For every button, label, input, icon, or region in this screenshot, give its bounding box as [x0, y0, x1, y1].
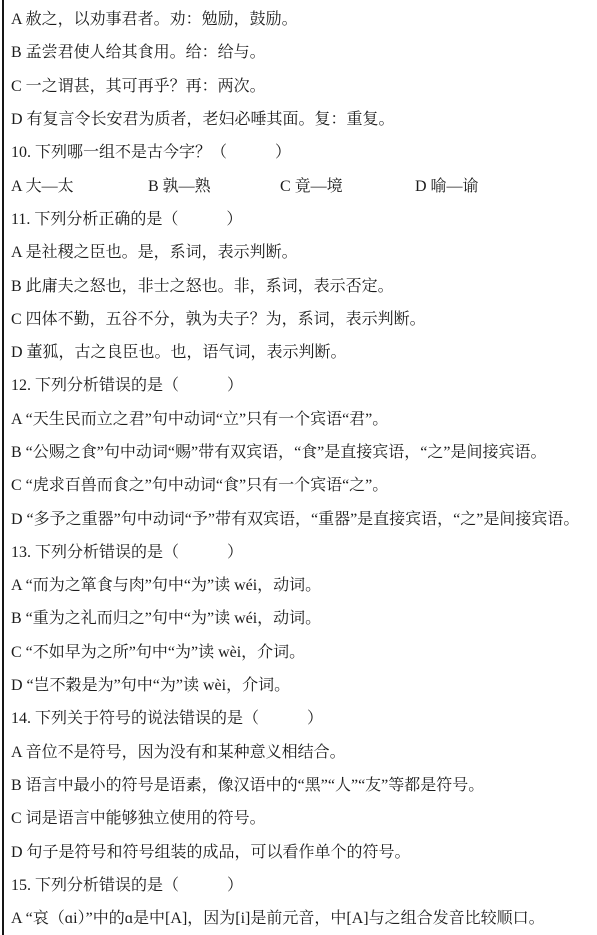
- question10-title: 10. 下列哪一组不是古今字？（ ）: [11, 134, 597, 167]
- question11-option-d: D 董狐，古之良臣也。也，语气词，表示判断。: [11, 334, 597, 367]
- question10-option-b: B 孰—熟: [148, 173, 280, 196]
- question12-option-c: C “虎求百兽而食之”句中动词“食”只有一个宾语“之”。: [11, 467, 597, 500]
- question13-option-d: D “岂不穀是为”句中“为”读 wèi，介词。: [11, 667, 597, 700]
- question13-option-c: C “不如早为之所”句中“为”读 wèi，介词。: [11, 634, 597, 667]
- question12-option-a: A “天生民而立之君”句中动词“立”只有一个宾语“君”。: [11, 401, 597, 434]
- question12-option-b: B “公赐之食”句中动词“赐”带有双宾语，“食”是直接宾语，“之”是间接宾语。: [11, 434, 597, 467]
- question9-option-b: B 孟尝君使人给其食用。给：给与。: [11, 34, 597, 67]
- question10-option-c: C 竟—境: [280, 173, 415, 196]
- question13-option-a: A “而为之箪食与肉”句中“为”读 wéi，动词。: [11, 567, 597, 600]
- exam-page: A 赦之，以劝事君者。劝：勉励，鼓励。 B 孟尝君使人给其食用。给：给与。 C …: [2, 0, 597, 935]
- question9-option-a: A 赦之，以劝事君者。劝：勉励，鼓励。: [11, 1, 597, 34]
- question15-option-a: A “哀（ɑi）”中的ɑ是中[A]，因为[i]是前元音，中[A]与之组合发音比较…: [11, 900, 597, 933]
- question14-option-c: C 词是语言中能够独立使用的符号。: [11, 800, 597, 833]
- question12-title: 12. 下列分析错误的是（ ）: [11, 367, 597, 400]
- question14-option-d: D 句子是符号和符号组装的成品，可以看作单个的符号。: [11, 833, 597, 866]
- question11-title: 11. 下列分析正确的是（ ）: [11, 201, 597, 234]
- question11-option-c: C 四体不勤，五谷不分，孰为夫子？为，系词，表示判断。: [11, 301, 597, 334]
- question9-option-d: D 有复言令长安君为质者，老妇必唾其面。复：重复。: [11, 101, 597, 134]
- question14-title: 14. 下列关于符号的说法错误的是（ ）: [11, 700, 597, 733]
- question11-option-a: A 是社稷之臣也。是，系词，表示判断。: [11, 234, 597, 267]
- question10-option-d: D 喻—谕: [415, 173, 479, 196]
- question14-option-a: A 音位不是符号，因为没有和某种意义相结合。: [11, 734, 597, 767]
- question10-options-row: A 大—太 B 孰—熟 C 竟—境 D 喻—谕: [11, 167, 597, 200]
- question13-option-b: B “重为之礼而归之”句中“为”读 wéi，动词。: [11, 600, 597, 633]
- question9-option-c: C 一之谓甚，其可再乎？再：两次。: [11, 68, 597, 101]
- question12-option-d: D “多予之重器”句中动词“予”带有双宾语，“重器”是直接宾语，“之”是间接宾语…: [11, 500, 597, 533]
- question10-option-a: A 大—太: [11, 173, 148, 196]
- question15-title: 15. 下列分析错误的是（ ）: [11, 867, 597, 900]
- question14-option-b: B 语言中最小的符号是语素，像汉语中的“黑”“人”“友”等都是符号。: [11, 767, 597, 800]
- question11-option-b: B 此庸夫之怒也，非士之怒也。非，系词，表示否定。: [11, 267, 597, 300]
- question13-title: 13. 下列分析错误的是（ ）: [11, 534, 597, 567]
